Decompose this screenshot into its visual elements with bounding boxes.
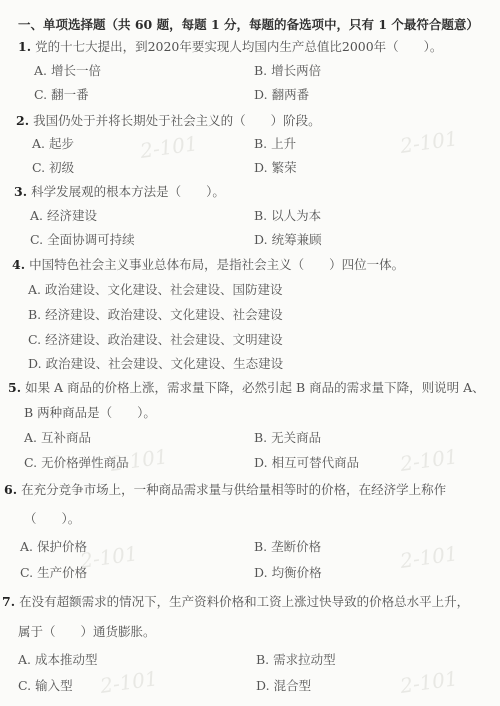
option-a[interactable]: A.成本推动型 xyxy=(18,652,98,668)
question-4: 4.中国特色社会主义事业总体布局，是指社会主义（ ）四位一体。 xyxy=(12,257,404,273)
option-b[interactable]: B.需求拉动型 xyxy=(256,652,336,668)
option-a[interactable]: A.互补商品 xyxy=(24,430,91,446)
question-number: 5. xyxy=(8,380,21,395)
option-b[interactable]: B.经济建设、政治建设、文化建设、社会建设 xyxy=(28,307,283,323)
watermark: 2-101 xyxy=(99,666,159,698)
option-b[interactable]: B.以人为本 xyxy=(254,208,321,224)
question-number: 1. xyxy=(18,39,31,54)
option-a[interactable]: A.保护价格 xyxy=(20,539,87,555)
question-7: 7.在没有超额需求的情况下，生产资料价格和工资上涨过快导致的价格总水平上升， xyxy=(2,594,469,610)
question-6: 6.在充分竞争市场上，一种商品需求量与供给量相等时的价格，在经济学上称作 xyxy=(4,482,446,498)
option-a[interactable]: A.经济建设 xyxy=(30,208,97,224)
question-stem: 在充分竞争市场上，一种商品需求量与供给量相等时的价格，在经济学上称作 xyxy=(21,482,446,497)
question-stem: 党的十七大提出，到2020年要实现人均国内生产总值比2000年（ ）。 xyxy=(35,39,442,54)
watermark: 2-101 xyxy=(399,126,459,158)
option-a[interactable]: A.起步 xyxy=(32,136,74,152)
question-stem: 科学发展观的根本方法是（ ）。 xyxy=(31,184,225,199)
option-a[interactable]: A.增长一倍 xyxy=(34,63,101,79)
option-b[interactable]: B.无关商品 xyxy=(254,430,321,446)
option-d[interactable]: D.繁荣 xyxy=(254,160,297,176)
question-number: 2. xyxy=(16,113,29,128)
option-c[interactable]: C.经济建设、政治建设、社会建设、文明建设 xyxy=(28,332,283,348)
option-c[interactable]: C.初级 xyxy=(32,160,74,176)
question-number: 7. xyxy=(2,594,15,609)
question-7-continued: 属于（ ）通货膨胀。 xyxy=(18,624,156,640)
question-6-continued: （ ）。 xyxy=(24,511,80,527)
option-d[interactable]: D.相互可替代商品 xyxy=(254,455,359,471)
option-b[interactable]: B.增长两倍 xyxy=(254,63,321,79)
question-number: 3. xyxy=(14,184,27,199)
option-d[interactable]: D.统筹兼顾 xyxy=(254,232,322,248)
option-c[interactable]: C.输入型 xyxy=(18,678,73,694)
watermark: 2-101 xyxy=(399,444,459,476)
question-number: 4. xyxy=(12,257,25,272)
option-b[interactable]: B.垄断价格 xyxy=(254,539,321,555)
watermark: 2-101 xyxy=(79,541,139,573)
option-a[interactable]: A.政治建设、文化建设、社会建设、国防建设 xyxy=(28,282,283,298)
option-b[interactable]: B.上升 xyxy=(254,136,296,152)
option-c[interactable]: C.全面协调可持续 xyxy=(30,232,135,248)
option-d[interactable]: D.政治建设、社会建设、文化建设、生态建设 xyxy=(28,356,283,372)
question-number: 6. xyxy=(4,482,17,497)
option-d[interactable]: D.翻两番 xyxy=(254,87,309,103)
option-c[interactable]: C.无价格弹性商品 xyxy=(24,455,129,471)
watermark: 2-101 xyxy=(399,541,459,573)
watermark: 2-101 xyxy=(399,666,459,698)
option-c[interactable]: C.翻一番 xyxy=(34,87,89,103)
question-3: 3.科学发展观的根本方法是（ ）。 xyxy=(14,184,225,200)
option-c[interactable]: C.生产价格 xyxy=(20,565,87,581)
option-d[interactable]: D.均衡价格 xyxy=(254,565,322,581)
question-stem: 中国特色社会主义事业总体布局，是指社会主义（ ）四位一体。 xyxy=(29,257,404,272)
question-stem: 我国仍处于并将长期处于社会主义的（ ）阶段。 xyxy=(33,113,321,128)
question-stem: 在没有超额需求的情况下，生产资料价格和工资上涨过快导致的价格总水平上升， xyxy=(19,594,469,609)
question-5-continued: B 两种商品是（ ）。 xyxy=(24,405,156,421)
exam-page: 2-101 2-101 2-101 2-101 2-101 2-101 2-10… xyxy=(0,0,500,706)
question-stem: 如果 A 商品的价格上涨，需求量下降，必然引起 B 商品的需求量下降，则说明 A… xyxy=(25,380,485,395)
question-2: 2.我国仍处于并将长期处于社会主义的（ ）阶段。 xyxy=(16,113,321,129)
question-5: 5.如果 A 商品的价格上涨，需求量下降，必然引起 B 商品的需求量下降，则说明… xyxy=(8,380,485,396)
option-d[interactable]: D.混合型 xyxy=(256,678,311,694)
section-title: 一、单项选择题（共 60 题，每题 1 分，每题的备选项中，只有 1 个最符合题… xyxy=(18,17,479,33)
question-1: 1.党的十七大提出，到2020年要实现人均国内生产总值比2000年（ ）。 xyxy=(18,39,442,55)
watermark: 2-101 xyxy=(139,131,199,163)
